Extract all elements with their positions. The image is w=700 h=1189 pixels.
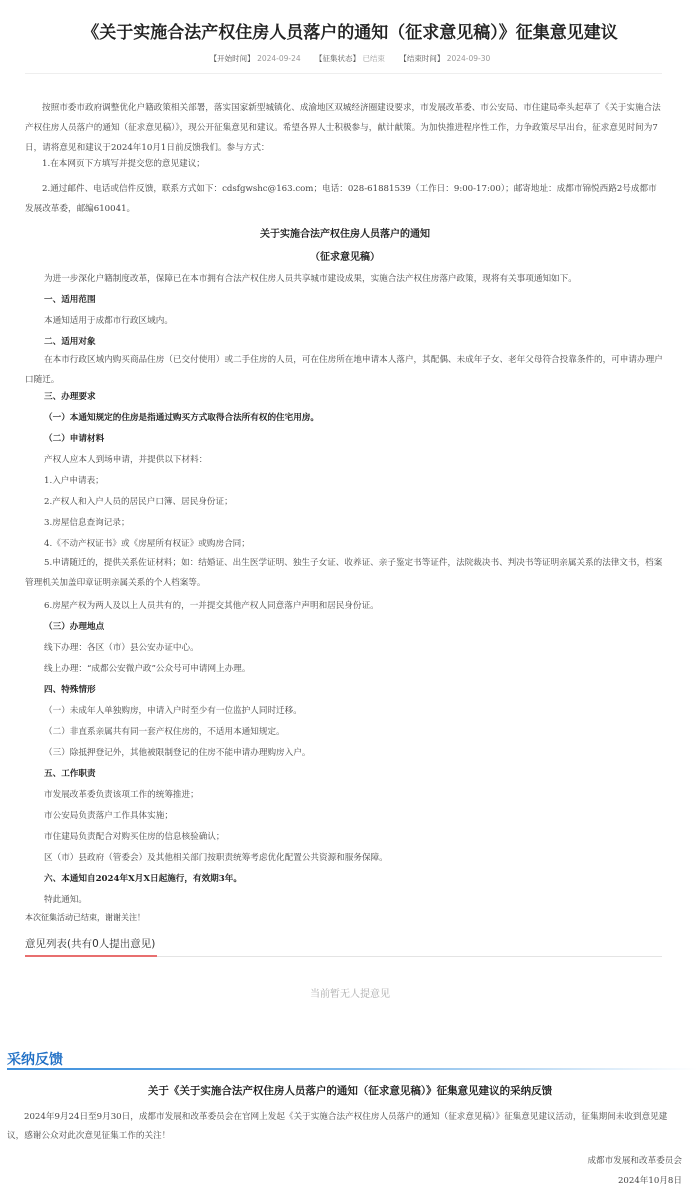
participation-method-1: 1.在本网页下方填写并提交您的意见建议； (25, 158, 665, 170)
section-body: 在本市行政区域内购买商品住房（已交付使用）或二手住房的人员，可在住房所在地申请本… (25, 350, 665, 390)
end-time-value: 2024-09-30 (447, 54, 491, 63)
meta-bar: 【开始时间】 2024-09-24 【征集状态】 已结束 【结束时间】 2024… (0, 53, 700, 64)
status-badge: 已结束 (362, 54, 385, 63)
material-item: 4.《不动产权证书》或《房屋所有权证》或购房合同； (44, 538, 664, 550)
clause: 市住建局负责配合对购买住房的信息核验确认； (44, 831, 664, 843)
clause: 线下办理：各区（市）县公安办证中心。 (44, 642, 664, 654)
subsection-heading: （二）申请材料 (44, 433, 664, 445)
start-time: 【开始时间】 2024-09-24 (210, 54, 301, 63)
section-heading: 五、工作职责 (44, 768, 664, 780)
intro-paragraph: 按照市委市政府调整优化户籍政策相关部署，落实国家新型城镇化、成渝地区双城经济圈建… (25, 98, 665, 158)
section-heading: 三、办理要求 (44, 391, 664, 403)
clause: 区（市）县政府（管委会）及其他相关部门按职责统筹考虑优化配置公共资源和服务保障。 (44, 852, 664, 864)
clause: 市发展改革委负责该项工作的统筹推进； (44, 789, 664, 801)
opinion-list-tab[interactable]: 意见列表(共有0人提出意见) (25, 936, 155, 951)
clause: 线上办理：“成都公安微户政”公众号可申请网上办理。 (44, 663, 664, 675)
clause: （二）非直系亲属共有同一套产权住房的，不适用本通知规定。 (44, 726, 664, 738)
notice-subtitle: （征求意见稿） (25, 252, 665, 264)
feedback-signer: 成都市发展和改革委员会 (587, 1154, 682, 1166)
subsection-heading: （三）办理地点 (44, 621, 664, 633)
feedback-title: 关于《关于实施合法产权住房人员落户的通知（征求意见稿）》征集意见建议的采纳反馈 (0, 1083, 700, 1098)
material-item: 1.入户申请表； (44, 475, 664, 487)
material-item: 3.房屋信息查询记录； (44, 517, 664, 529)
feedback-date: 2024年10月8日 (618, 1174, 682, 1186)
page-title: 《关于实施合法产权住房人员落户的通知（征求意见稿）》征集意见建议 (0, 18, 700, 43)
clause: （一）未成年人单独购房，申请入户时至少有一位监护人同时迁移。 (44, 705, 664, 717)
status-label: 【征集状态】 (315, 54, 360, 63)
empty-state: 当前暂无人提意见 (0, 985, 700, 1000)
divider (25, 73, 662, 74)
material-item: 5.申请随迁的，提供关系佐证材料；如：结婚证、出生医学证明、独生子女证、收养证、… (25, 553, 665, 593)
end-time: 【结束时间】 2024-09-30 (399, 54, 490, 63)
section-heading: 二、适用对象 (44, 336, 664, 348)
status: 【征集状态】 已结束 (315, 54, 385, 63)
notice-lead: 为进一步深化户籍制度改革，保障已在本市拥有合法产权住房人员共享城市建设成果，实施… (44, 273, 664, 285)
section-heading: 一、适用范围 (44, 294, 664, 306)
status-message: 本次征集活动已结束，谢谢关注！ (25, 912, 145, 923)
material-item: 6.房屋产权为两人及以上人员共有的，一并提交其他产权人同意落户声明和居民身份证。 (44, 600, 664, 612)
start-time-value: 2024-09-24 (257, 54, 301, 63)
feedback-section-title: 采纳反馈 (7, 1049, 63, 1069)
clause: （一）本通知规定的住房是指通过购买方式取得合法所有权的住宅用房。 (44, 412, 664, 424)
clause: （三）除抵押登记外，其他被限制登记的住房不能申请办理购房入户。 (44, 747, 664, 759)
section-heading: 四、特殊情形 (44, 684, 664, 696)
notice-title: 关于实施合法产权住房人员落户的通知 (25, 229, 665, 241)
opinion-list-active-underline (25, 955, 157, 957)
feedback-divider (7, 1068, 697, 1070)
clause: 产权人应本人到场申请，并提供以下材料： (44, 454, 664, 466)
feedback-body: 2024年9月24日至9月30日，成都市发展和改革委员会在官网上发起《关于实施合… (7, 1108, 682, 1146)
material-item: 2.产权人和入户人员的居民户口簿、居民身份证； (44, 496, 664, 508)
section-heading: 六、本通知自2024年X月X日起施行，有效期3年。 (44, 873, 664, 885)
participation-method-2: 2.通过邮件、电话或信件反馈，联系方式如下：cdsfgwshc@163.com；… (25, 179, 665, 219)
section-body: 本通知适用于成都市行政区域内。 (44, 315, 664, 327)
closing: 特此通知。 (44, 894, 664, 906)
clause: 市公安局负责落户工作具体实施； (44, 810, 664, 822)
start-time-label: 【开始时间】 (210, 54, 255, 63)
end-time-label: 【结束时间】 (399, 54, 444, 63)
